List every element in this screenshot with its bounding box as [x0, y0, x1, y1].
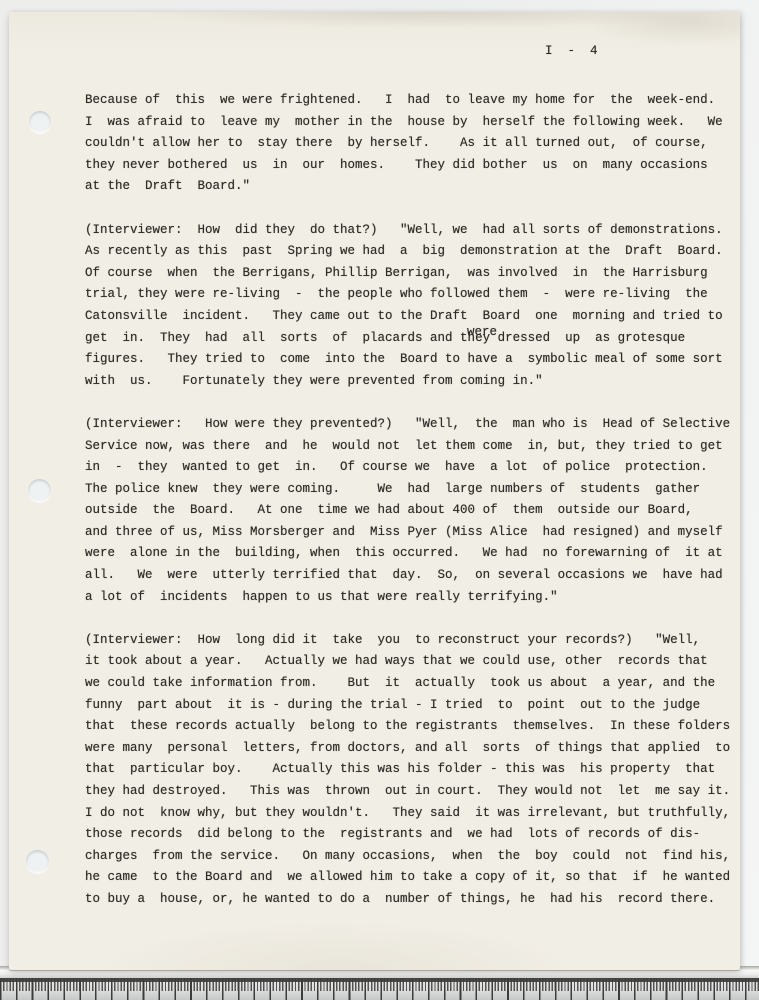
- text-line: that these records actually belong to th…: [85, 716, 733, 738]
- scanner-background: I - 4 Because of this we were frightened…: [0, 0, 759, 1000]
- text-line: Service now, was there and he would not …: [85, 436, 733, 458]
- text-line: all. We were utterly terrified that day.…: [85, 565, 733, 587]
- text-line: and three of us, Miss Morsberger and Mis…: [85, 522, 733, 544]
- text-line: at the Draft Board.": [85, 176, 733, 198]
- text-line: in - they wanted to get in. Of course we…: [85, 457, 733, 479]
- text-line: I do not know why, but they wouldn't. Th…: [85, 803, 733, 825]
- text-line: couldn't allow her to stay there by hers…: [85, 133, 733, 155]
- page-number: I - 4: [545, 44, 598, 58]
- paragraph-4: (Interviewer: How long did it take you t…: [85, 630, 733, 911]
- measurement-ruler: [0, 966, 759, 1000]
- text-line: figures. They tried to come into the Boa…: [85, 349, 733, 371]
- text-line: those records did belong to the registra…: [85, 824, 733, 846]
- paragraph-3: (Interviewer: How were they prevented?) …: [85, 414, 733, 608]
- text-line: Of course when the Berrigans, Phillip Be…: [85, 263, 733, 285]
- text-line: I was afraid to leave my mother in the h…: [85, 112, 733, 134]
- inserted-word: were: [467, 326, 497, 339]
- text-line: it took about a year. Actually we had wa…: [85, 651, 733, 673]
- text-line: Catonsville incident. They came out to t…: [85, 306, 733, 328]
- paragraph-2: (Interviewer: How did they do that?) "We…: [85, 220, 733, 393]
- ruler-ticks: [0, 978, 759, 1000]
- text-line: a lot of incidents happen to us that wer…: [85, 587, 733, 609]
- text-line: they never bothered us in our homes. The…: [85, 155, 733, 177]
- document-page: I - 4 Because of this we were frightened…: [9, 12, 740, 970]
- text-line: with us. Fortunately they were prevented…: [85, 371, 733, 393]
- paragraph-1: Because of this we were frightened. I ha…: [85, 90, 733, 198]
- text-line: were many personal letters, from doctors…: [85, 738, 733, 760]
- punch-hole-middle: [28, 479, 51, 502]
- text-line: trial, they were re-living - the people …: [85, 284, 733, 306]
- document-text: Because of this we were frightened. I ha…: [85, 90, 733, 932]
- text-line: outside the Board. At one time we had ab…: [85, 500, 733, 522]
- text-line: (Interviewer: How long did it take you t…: [85, 630, 733, 652]
- text-line: we could take information from. But it a…: [85, 673, 733, 695]
- text-line: funny part about it is - during the tria…: [85, 695, 733, 717]
- text-line: Because of this we were frightened. I ha…: [85, 90, 733, 112]
- text-line: (Interviewer: How were they prevented?) …: [85, 414, 733, 436]
- punch-hole-bottom: [26, 850, 49, 873]
- text-line: to buy a house, or, he wanted to do a nu…: [85, 889, 733, 911]
- text-line: they had destroyed. This was thrown out …: [85, 781, 733, 803]
- text-line: As recently as this past Spring we had a…: [85, 241, 733, 263]
- punch-hole-top: [29, 111, 51, 133]
- text-line: were alone in the building, when this oc…: [85, 543, 733, 565]
- text-line: The police knew they were coming. We had…: [85, 479, 733, 501]
- text-line: that particular boy. Actually this was h…: [85, 759, 733, 781]
- text-line: charges from the service. On many occasi…: [85, 846, 733, 868]
- text-line: (Interviewer: How did they do that?) "We…: [85, 220, 733, 242]
- text-line: he came to the Board and we allowed him …: [85, 867, 733, 889]
- text-line: get in. They had all sorts of placards a…: [85, 328, 733, 350]
